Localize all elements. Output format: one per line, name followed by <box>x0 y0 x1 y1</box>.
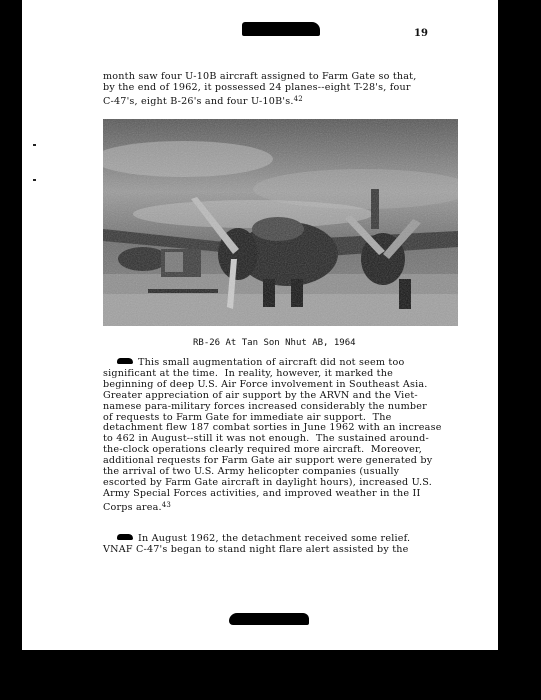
p3-line-1: In August 1962, the detachment received … <box>138 533 410 544</box>
p2-line-5: namese para-military forces increased co… <box>103 401 427 412</box>
paragraph-1: month saw four U-10B aircraft assigned t… <box>103 72 463 108</box>
p2-line-1: This small augmentation of aircraft did … <box>138 357 404 368</box>
p2-line-8: to 462 in August--still it was not enoug… <box>103 433 429 444</box>
photo-image <box>103 119 458 326</box>
p3-line-2: VNAF C-47's began to stand night flare a… <box>103 544 409 555</box>
footnote-42: 42 <box>294 95 303 103</box>
footnote-43: 43 <box>162 501 171 509</box>
page-number: 19 <box>414 28 428 39</box>
p2-line-14: Corps area. <box>103 502 162 513</box>
redaction-mark-bottom <box>229 613 309 625</box>
aircraft-photo <box>103 119 458 326</box>
p2-line-7: detachment flew 187 combat sorties in Ju… <box>103 422 442 433</box>
p2-line-4: Greater appreciation of air support by t… <box>103 390 418 401</box>
p2-line-10: additional requests for Farm Gate air su… <box>103 455 432 466</box>
classification-redaction-mark <box>117 534 133 540</box>
p2-line-6: of requests to Farm Gate for immediate a… <box>103 412 392 423</box>
margin-speck <box>33 144 36 146</box>
p1-line-1: month saw four U-10B aircraft assigned t… <box>103 71 417 82</box>
photo-caption: RB-26 At Tan Son Nhut AB, 1964 <box>193 338 356 348</box>
p1-line-2: by the end of 1962, it possessed 24 plan… <box>103 82 411 93</box>
paragraph-3: In August 1962, the detachment received … <box>103 534 463 556</box>
p2-line-12: escorted by Farm Gate aircraft in daylig… <box>103 477 432 488</box>
p2-line-3: beginning of deep U.S. Air Force involve… <box>103 379 428 390</box>
p2-line-9: the-clock operations clearly required mo… <box>103 444 422 455</box>
p1-line-3: C-47's, eight B-26's and four U-10B's. <box>103 96 294 107</box>
p2-line-11: the arrival of two U.S. Army helicopter … <box>103 466 399 477</box>
margin-speck <box>33 179 36 181</box>
redaction-mark-top <box>242 22 320 36</box>
paragraph-2: This small augmentation of aircraft did … <box>103 358 463 514</box>
p2-line-2: significant at the time. In reality, how… <box>103 368 393 379</box>
p2-line-13: Army Special Forces activities, and impr… <box>103 488 420 499</box>
classification-redaction-mark <box>117 358 133 364</box>
